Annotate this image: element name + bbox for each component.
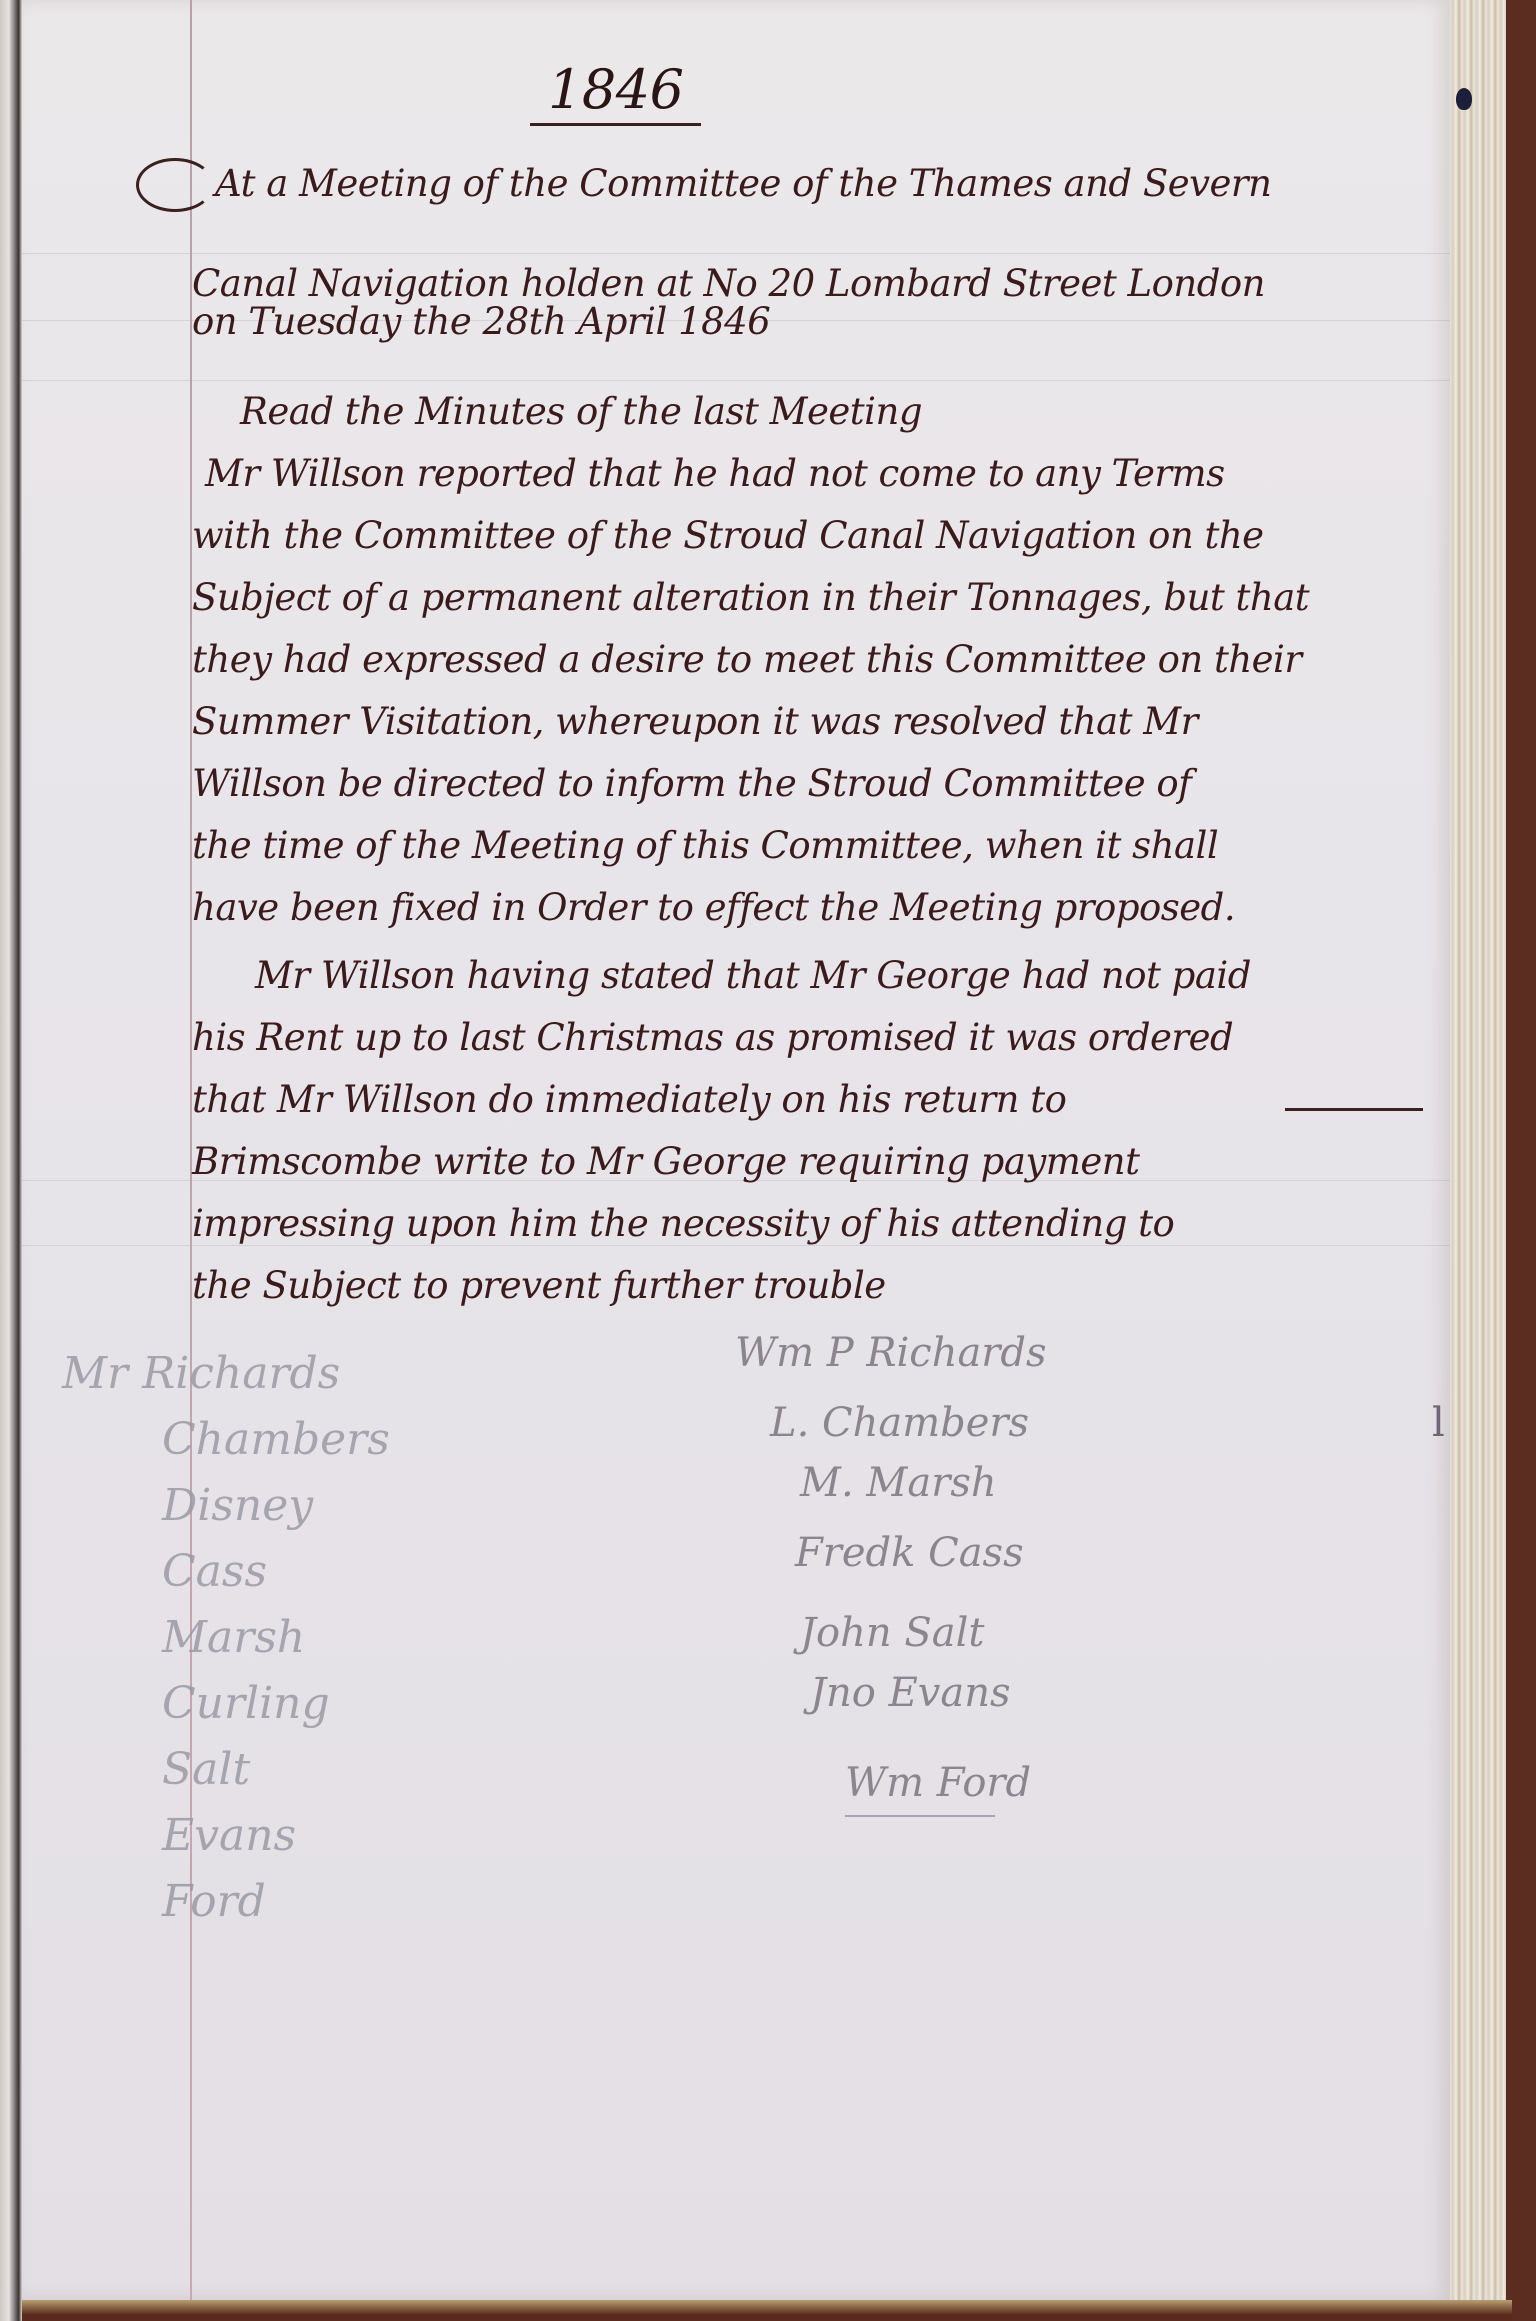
minute-line-11: his Rent up to last Christmas as promise… — [192, 1016, 1233, 1059]
minute-line-12: that Mr Willson do immediately on his re… — [192, 1078, 1066, 1121]
signature-underline — [845, 1815, 995, 1817]
minute-line-7: Willson be directed to inform the Stroud… — [192, 762, 1191, 805]
minute-line-13: Brimscombe write to Mr George requiring … — [192, 1140, 1139, 1183]
heading-line-3: on Tuesday the 28th April 1846 — [192, 300, 770, 343]
signature-7: Wm Ford — [845, 1760, 1031, 1806]
heading-line-2: Canal Navigation holden at No 20 Lombard… — [192, 262, 1265, 305]
minute-line-8: the time of the Meeting of this Committe… — [192, 824, 1218, 867]
signature-5: John Salt — [800, 1610, 984, 1656]
year-heading: 1846 — [530, 58, 701, 126]
minute-line-2: Mr Willson reported that he had not come… — [205, 452, 1225, 495]
attendee-4: Cass — [162, 1546, 267, 1597]
minute-line-1: Read the Minutes of the last Meeting — [240, 390, 922, 433]
minute-line-4: Subject of a permanent alteration in the… — [192, 576, 1309, 619]
minute-line-9: have been fixed in Order to effect the M… — [192, 886, 1235, 929]
heading-line-1: At a Meeting of the Committee of the Tha… — [215, 162, 1271, 205]
ruled-line — [22, 253, 1450, 254]
page-stack-edge — [1450, 0, 1506, 2300]
minute-line-5: they had expressed a desire to meet this… — [192, 638, 1302, 681]
attendee-8: Evans — [162, 1810, 296, 1861]
signature-2: L. Chambers — [770, 1400, 1029, 1446]
minute-line-15: the Subject to prevent further trouble — [192, 1264, 886, 1307]
signature-1: Wm P Richards — [735, 1330, 1047, 1376]
signature-6: Jno Evans — [810, 1670, 1011, 1716]
book-spine-edge — [0, 0, 22, 2321]
minute-line-3: with the Committee of the Stroud Canal N… — [192, 514, 1264, 557]
signature-3: M. Marsh — [800, 1460, 997, 1506]
margin-mark: l — [1432, 1400, 1445, 1446]
minute-line-14: impressing upon him the necessity of his… — [192, 1202, 1174, 1245]
attendee-1: Mr Richards — [62, 1348, 340, 1399]
book-cover — [1506, 0, 1536, 2321]
minute-line-10: Mr Willson having stated that Mr George … — [255, 954, 1251, 997]
attendee-5: Marsh — [162, 1612, 305, 1663]
page-bottom-edge — [22, 2300, 1512, 2321]
attendee-2: Chambers — [162, 1414, 390, 1465]
ruled-line — [22, 380, 1450, 381]
ruled-line — [22, 1245, 1450, 1246]
minute-line-6: Summer Visitation, whereupon it was reso… — [192, 700, 1198, 743]
attendee-3: Disney — [162, 1480, 313, 1531]
attendee-7: Salt — [162, 1744, 250, 1795]
signature-4: Fredk Cass — [795, 1530, 1024, 1576]
heading-flourish — [136, 158, 214, 212]
ink-blot — [1456, 88, 1472, 110]
attendee-9: Ford — [162, 1876, 266, 1927]
line-filler-dash — [1285, 1108, 1423, 1111]
attendee-6: Curling — [162, 1678, 330, 1729]
